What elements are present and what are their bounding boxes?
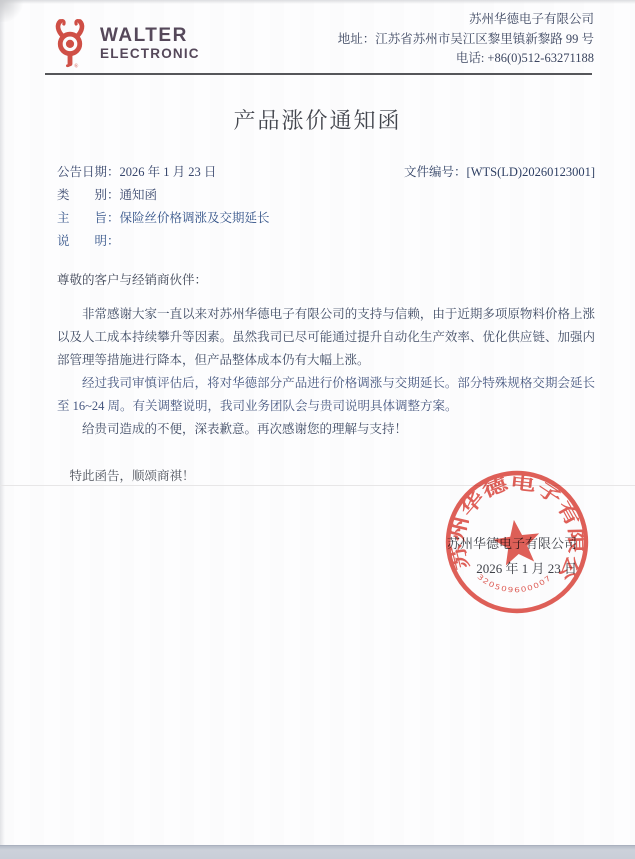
logo-wordmark-line1: WALTER	[100, 26, 200, 46]
registered-mark: ®	[74, 63, 78, 70]
subject-value: 保险丝价格调涨及交期延长	[120, 207, 270, 230]
meta-row-date: 公告日期： 2026 年 1 月 23 日 文件编号：[WTS(LD)20260…	[57, 161, 595, 184]
logo-wordmark: WALTER ELECTRONIC	[100, 26, 200, 61]
paragraph-2: 经过我司审慎评估后，将对华德部分产品进行价格调涨与交期延长。部分特殊规格交期会延…	[57, 372, 595, 418]
note-label: 说 明：	[57, 230, 120, 253]
doc-number-value: [WTS(LD)20260123001]	[467, 165, 595, 179]
company-name: 苏州华德电子有限公司	[338, 10, 594, 30]
paragraph-1: 非常感谢大家一直以来对苏州华德电子有限公司的支持与信赖，由于近期多项原物料价格上…	[57, 303, 595, 372]
doc-number-label: 文件编号：	[404, 165, 467, 179]
company-address: 地址：江苏省苏州市吴江区黎里镇新黎路 99 号	[338, 30, 594, 50]
company-logo: ® WALTER ELECTRONIC	[44, 14, 200, 70]
document-meta: 公告日期： 2026 年 1 月 23 日 文件编号：[WTS(LD)20260…	[57, 161, 595, 253]
company-contact-block: 苏州华德电子有限公司 地址：江苏省苏州市吴江区黎里镇新黎路 99 号 电话: +…	[338, 10, 594, 69]
company-seal-stamp: 苏州华德电子有限公司 3205096000079	[431, 456, 603, 628]
header-divider	[45, 73, 592, 75]
salutation: 尊敬的客户与经销商伙伴：	[57, 269, 595, 292]
date-value: 2026 年 1 月 23 日	[120, 161, 217, 184]
walter-fuse-logo-icon: ®	[44, 14, 96, 70]
meta-row-note: 说 明：	[57, 230, 595, 253]
scan-edge-bottom	[0, 845, 635, 859]
svg-text:苏州华德电子有限公司: 苏州华德电子有限公司	[431, 456, 592, 603]
letter-body: 公告日期： 2026 年 1 月 23 日 文件编号：[WTS(LD)20260…	[57, 161, 595, 488]
company-phone: 电话: +86(0)512-63271188	[338, 49, 594, 69]
scanned-letter-page: ® WALTER ELECTRONIC 苏州华德电子有限公司 地址：江苏省苏州市…	[0, 0, 635, 859]
subject-label: 主 旨：	[57, 207, 120, 230]
category-label: 类 别：	[57, 184, 120, 207]
letterhead: ® WALTER ELECTRONIC 苏州华德电子有限公司 地址：江苏省苏州市…	[0, 0, 635, 75]
date-label: 公告日期：	[57, 161, 120, 184]
logo-wordmark-line2: ELECTRONIC	[100, 46, 200, 61]
seal-arc-company-name: 苏州华德电子有限公司	[431, 456, 592, 603]
category-value: 通知函	[120, 184, 158, 207]
document-title: 产品涨价通知函	[0, 104, 635, 135]
doc-number: 文件编号：[WTS(LD)20260123001]	[404, 161, 595, 184]
meta-row-subject: 主 旨： 保险丝价格调涨及交期延长	[57, 207, 595, 230]
paragraph-3: 给贵司造成的不便，深表歉意。再次感谢您的理解与支持！	[57, 418, 595, 441]
meta-row-category: 类 别： 通知函	[57, 184, 595, 207]
seal-star-icon	[491, 517, 543, 567]
